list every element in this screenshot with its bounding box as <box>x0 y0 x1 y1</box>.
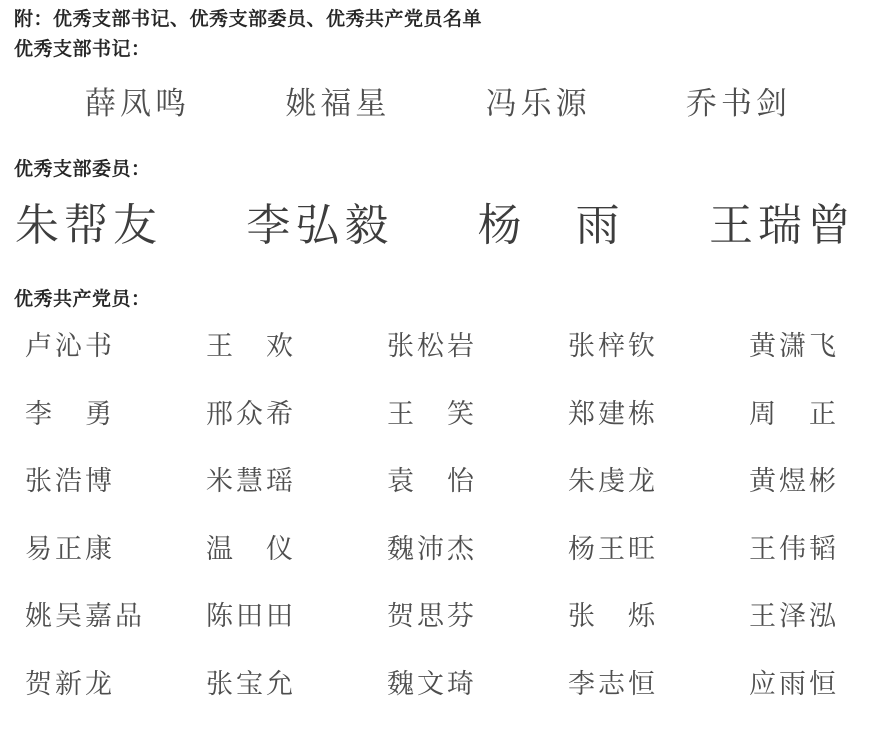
person-name: 应雨恒 <box>749 666 857 702</box>
section-heading-party-members: 优秀共产党员： <box>14 288 151 312</box>
person-name: 黄潇飞 <box>749 328 857 364</box>
person-name: 卢沁书 <box>25 328 206 364</box>
person-name: 米慧瑶 <box>206 463 387 499</box>
branch-secretaries-name-row: 薛凤鸣 姚福星 冯乐源 乔书剑 <box>85 84 791 124</box>
person-name: 朱帮友 <box>15 198 162 254</box>
person-name: 张浩博 <box>25 463 206 499</box>
section-heading-branch-secretaries: 优秀支部书记： <box>14 38 151 62</box>
section-heading-branch-committee: 优秀支部委员： <box>14 158 151 182</box>
person-name: 张松岩 <box>387 328 568 364</box>
person-name: 王瑞曾 <box>709 198 856 254</box>
person-name: 乔书剑 <box>686 84 791 124</box>
person-name: 袁 怡 <box>387 463 568 499</box>
branch-committee-name-row: 朱帮友 李弘毅 杨 雨 王瑞曾 <box>15 198 856 254</box>
person-name: 魏文琦 <box>387 666 568 702</box>
person-name: 李弘毅 <box>246 198 393 254</box>
person-name: 贺新龙 <box>25 666 206 702</box>
person-name: 温 仪 <box>206 531 387 567</box>
person-name: 张宝允 <box>206 666 387 702</box>
person-name: 李志恒 <box>568 666 749 702</box>
person-name: 王 笑 <box>387 396 568 432</box>
person-name: 杨 雨 <box>478 198 625 254</box>
person-name: 姚吴嘉品 <box>25 598 206 634</box>
person-name: 邢众希 <box>206 396 387 432</box>
person-name: 薛凤鸣 <box>85 84 190 124</box>
document-page: 附：优秀支部书记、优秀支部委员、优秀共产党员名单 优秀支部书记： 薛凤鸣 姚福星… <box>0 0 870 741</box>
person-name: 杨王旺 <box>568 531 749 567</box>
person-name: 魏沛杰 <box>387 531 568 567</box>
person-name: 王泽泓 <box>749 598 857 634</box>
attachment-title: 附：优秀支部书记、优秀支部委员、优秀共产党员名单 <box>14 8 482 32</box>
party-members-name-grid: 卢沁书 王 欢 张松岩 张梓钦 黄潇飞 李 勇 邢众希 王 笑 郑建栋 周 正 … <box>25 328 857 733</box>
person-name: 姚福星 <box>285 84 390 124</box>
person-name: 黄煜彬 <box>749 463 857 499</box>
person-name: 张梓钦 <box>568 328 749 364</box>
person-name: 王伟韬 <box>749 531 857 567</box>
person-name: 冯乐源 <box>486 84 591 124</box>
person-name: 郑建栋 <box>568 396 749 432</box>
person-name: 贺思芬 <box>387 598 568 634</box>
person-name: 李 勇 <box>25 396 206 432</box>
person-name: 朱虔龙 <box>568 463 749 499</box>
person-name: 张 烁 <box>568 598 749 634</box>
person-name: 陈田田 <box>206 598 387 634</box>
person-name: 王 欢 <box>206 328 387 364</box>
person-name: 易正康 <box>25 531 206 567</box>
person-name: 周 正 <box>749 396 857 432</box>
